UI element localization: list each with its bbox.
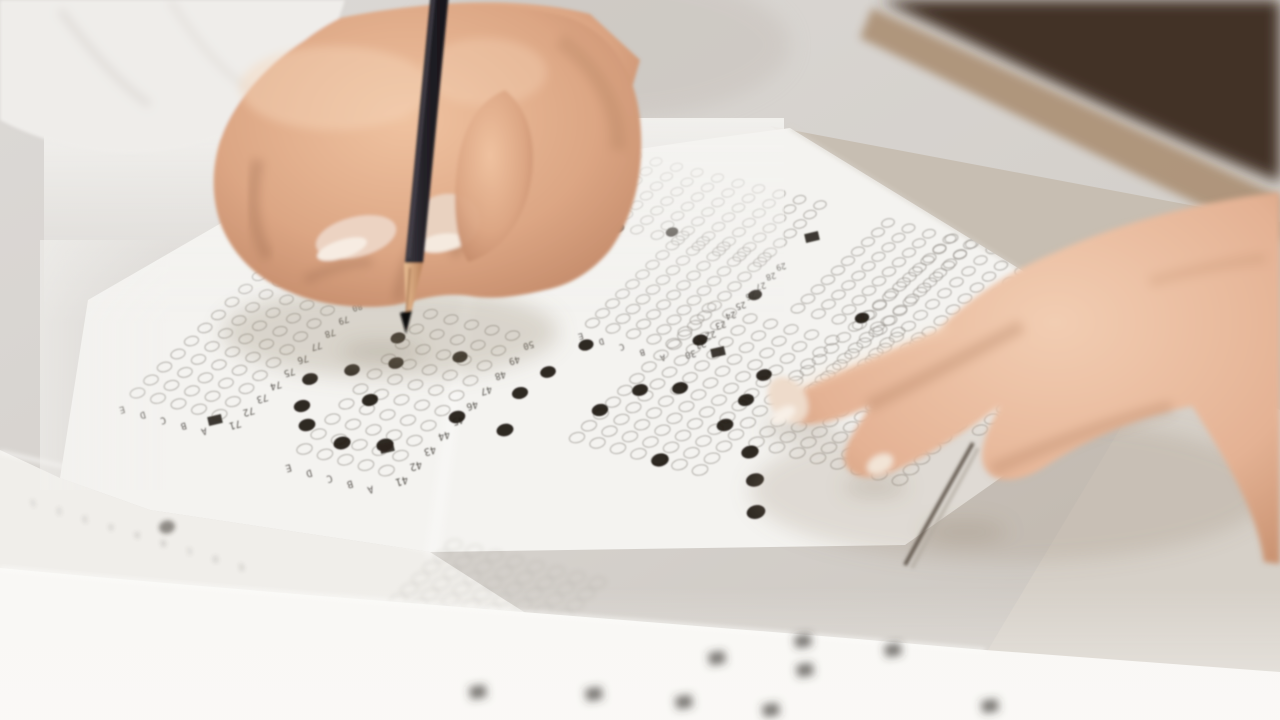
photo-scene: 1234ABCDE 71727374757677787980ABCDE41424… [0, 0, 1280, 720]
exam-photo: 1234ABCDE 71727374757677787980ABCDE41424… [0, 0, 1280, 720]
knuckle-highlight [240, 46, 430, 130]
foreground-blur-wash [0, 585, 1280, 720]
